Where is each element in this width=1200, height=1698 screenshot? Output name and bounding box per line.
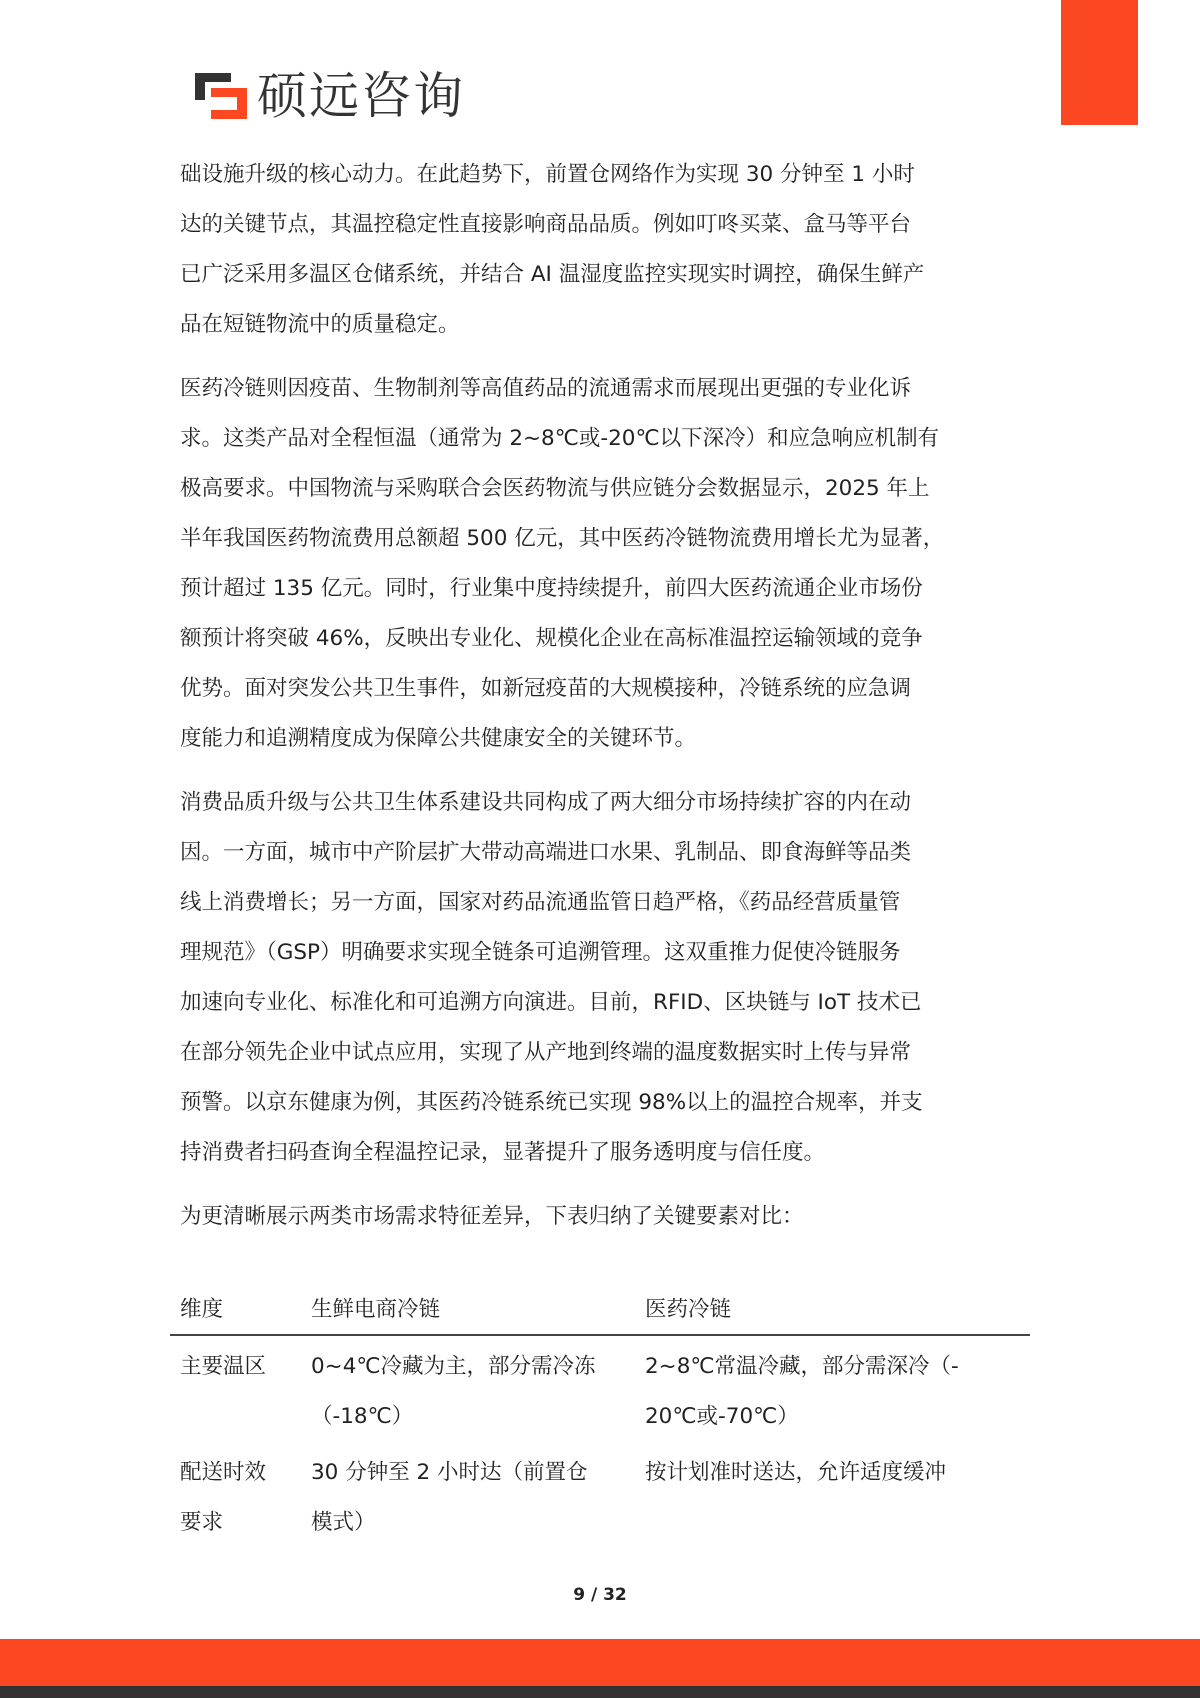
footer-dark-strip — [0, 1686, 1200, 1698]
paragraph-demand-drivers: 消费品质升级与公共卫生体系建设共同构成了两大细分市场持续扩容的内在动 因。一方面… — [180, 778, 1030, 1178]
cell-text: （-18℃） — [311, 1392, 635, 1442]
comparison-table-container: 维度 生鲜电商冷链 医药冷链 主要温区 0~4℃冷藏为主，部分需冷冻 （-18℃… — [170, 1280, 1030, 1548]
cell-text: 30 分钟至 2 小时达（前置仓 — [311, 1448, 635, 1498]
text-line: 达的关键节点，其温控稳定性直接影响商品品质。例如叮咚买菜、盒马等平台 — [180, 200, 1030, 250]
brand-name: 硕远咨询 — [257, 68, 465, 124]
table-header-row: 维度 生鲜电商冷链 医药冷链 — [170, 1280, 1030, 1335]
cell-text: 0~4℃冷藏为主，部分需冷冻 — [311, 1342, 635, 1392]
cell-dimension: 主要温区 — [170, 1335, 301, 1442]
text-line: 优势。面对突发公共卫生事件，如新冠疫苗的大规模接种，冷链系统的应急调 — [180, 664, 1030, 714]
cell-text: 2~8℃常温冷藏，部分需深冷（- — [645, 1342, 1030, 1392]
cell-text: 按计划准时送达，允许适度缓冲 — [645, 1448, 1030, 1498]
page-indicator: 9 / 32 — [0, 1585, 1200, 1605]
paragraph-table-intro: 为更清晰展示两类市场需求特征差异，下表归纳了关键要素对比： — [180, 1192, 1030, 1242]
comparison-table: 维度 生鲜电商冷链 医药冷链 主要温区 0~4℃冷藏为主，部分需冷冻 （-18℃… — [170, 1280, 1030, 1548]
column-header-fresh-ecommerce: 生鲜电商冷链 — [301, 1280, 635, 1335]
cell-text: 模式） — [311, 1498, 635, 1548]
corner-accent-tab — [1061, 0, 1138, 125]
cell-dimension: 配送时效 要求 — [170, 1442, 301, 1548]
text-line: 半年我国医药物流费用总额超 500 亿元，其中医药冷链物流费用增长尤为显著， — [180, 514, 1030, 564]
text-line: 已广泛采用多温区仓储系统，并结合 AI 温湿度监控实现实时调控，确保生鲜产 — [180, 250, 1030, 300]
cell-pharma: 2~8℃常温冷藏，部分需深冷（- 20℃或-70℃） — [635, 1335, 1030, 1442]
text-line: 极高要求。中国物流与采购联合会医药物流与供应链分会数据显示，2025 年上 — [180, 464, 1030, 514]
cell-fresh-ecommerce: 0~4℃冷藏为主，部分需冷冻 （-18℃） — [301, 1335, 635, 1442]
brand-logo-icon — [193, 70, 249, 122]
text-line: 品在短链物流中的质量稳定。 — [180, 300, 1030, 350]
paragraph-pharma-cold-chain: 医药冷链则因疫苗、生物制剂等高值药品的流通需求而展现出更强的专业化诉 求。这类产… — [180, 364, 1030, 764]
table-row: 主要温区 0~4℃冷藏为主，部分需冷冻 （-18℃） 2~8℃常温冷藏，部分需深… — [170, 1335, 1030, 1442]
footer-accent-bar — [0, 1639, 1200, 1686]
text-line: 理规范》（GSP）明确要求实现全链条可追溯管理。这双重推力促使冷链服务 — [180, 928, 1030, 978]
document-body: 础设施升级的核心动力。在此趋势下，前置仓网络作为实现 30 分钟至 1 小时 达… — [180, 150, 1030, 1256]
column-header-pharma: 医药冷链 — [635, 1280, 1030, 1335]
cell-fresh-ecommerce: 30 分钟至 2 小时达（前置仓 模式） — [301, 1442, 635, 1548]
cell-text: 20℃或-70℃） — [645, 1392, 1030, 1442]
column-header-dimension: 维度 — [170, 1280, 301, 1335]
text-line: 在部分领先企业中试点应用，实现了从产地到终端的温度数据实时上传与异常 — [180, 1028, 1030, 1078]
text-line: 预警。以京东健康为例，其医药冷链系统已实现 98%以上的温控合规率，并支 — [180, 1078, 1030, 1128]
brand-logo: 硕远咨询 — [193, 68, 465, 124]
text-line: 持消费者扫码查询全程温控记录，显著提升了服务透明度与信任度。 — [180, 1128, 1030, 1178]
text-line: 加速向专业化、标准化和可追溯方向演进。目前，RFID、区块链与 IoT 技术已 — [180, 978, 1030, 1028]
text-line: 预计超过 135 亿元。同时，行业集中度持续提升，前四大医药流通企业市场份 — [180, 564, 1030, 614]
cell-text: 配送时效 — [180, 1448, 301, 1498]
text-line: 额预计将突破 46%，反映出专业化、规模化企业在高标准温控运输领域的竞争 — [180, 614, 1030, 664]
text-line: 础设施升级的核心动力。在此趋势下，前置仓网络作为实现 30 分钟至 1 小时 — [180, 150, 1030, 200]
text-line: 消费品质升级与公共卫生体系建设共同构成了两大细分市场持续扩容的内在动 — [180, 778, 1030, 828]
text-line: 求。这类产品对全程恒温（通常为 2~8℃或-20℃以下深冷）和应急响应机制有 — [180, 414, 1030, 464]
text-line: 医药冷链则因疫苗、生物制剂等高值药品的流通需求而展现出更强的专业化诉 — [180, 364, 1030, 414]
paragraph-fresh-ecommerce: 础设施升级的核心动力。在此趋势下，前置仓网络作为实现 30 分钟至 1 小时 达… — [180, 150, 1030, 350]
text-line: 线上消费增长；另一方面，国家对药品流通监管日趋严格，《药品经营质量管 — [180, 878, 1030, 928]
cell-pharma: 按计划准时送达，允许适度缓冲 — [635, 1442, 1030, 1548]
cell-text: 主要温区 — [180, 1342, 301, 1392]
text-line: 因。一方面，城市中产阶层扩大带动高端进口水果、乳制品、即食海鲜等品类 — [180, 828, 1030, 878]
table-row: 配送时效 要求 30 分钟至 2 小时达（前置仓 模式） 按计划准时送达，允许适… — [170, 1442, 1030, 1548]
text-line: 度能力和追溯精度成为保障公共健康安全的关键环节。 — [180, 714, 1030, 764]
text-line: 为更清晰展示两类市场需求特征差异，下表归纳了关键要素对比： — [180, 1192, 1030, 1242]
cell-text: 要求 — [180, 1498, 301, 1548]
